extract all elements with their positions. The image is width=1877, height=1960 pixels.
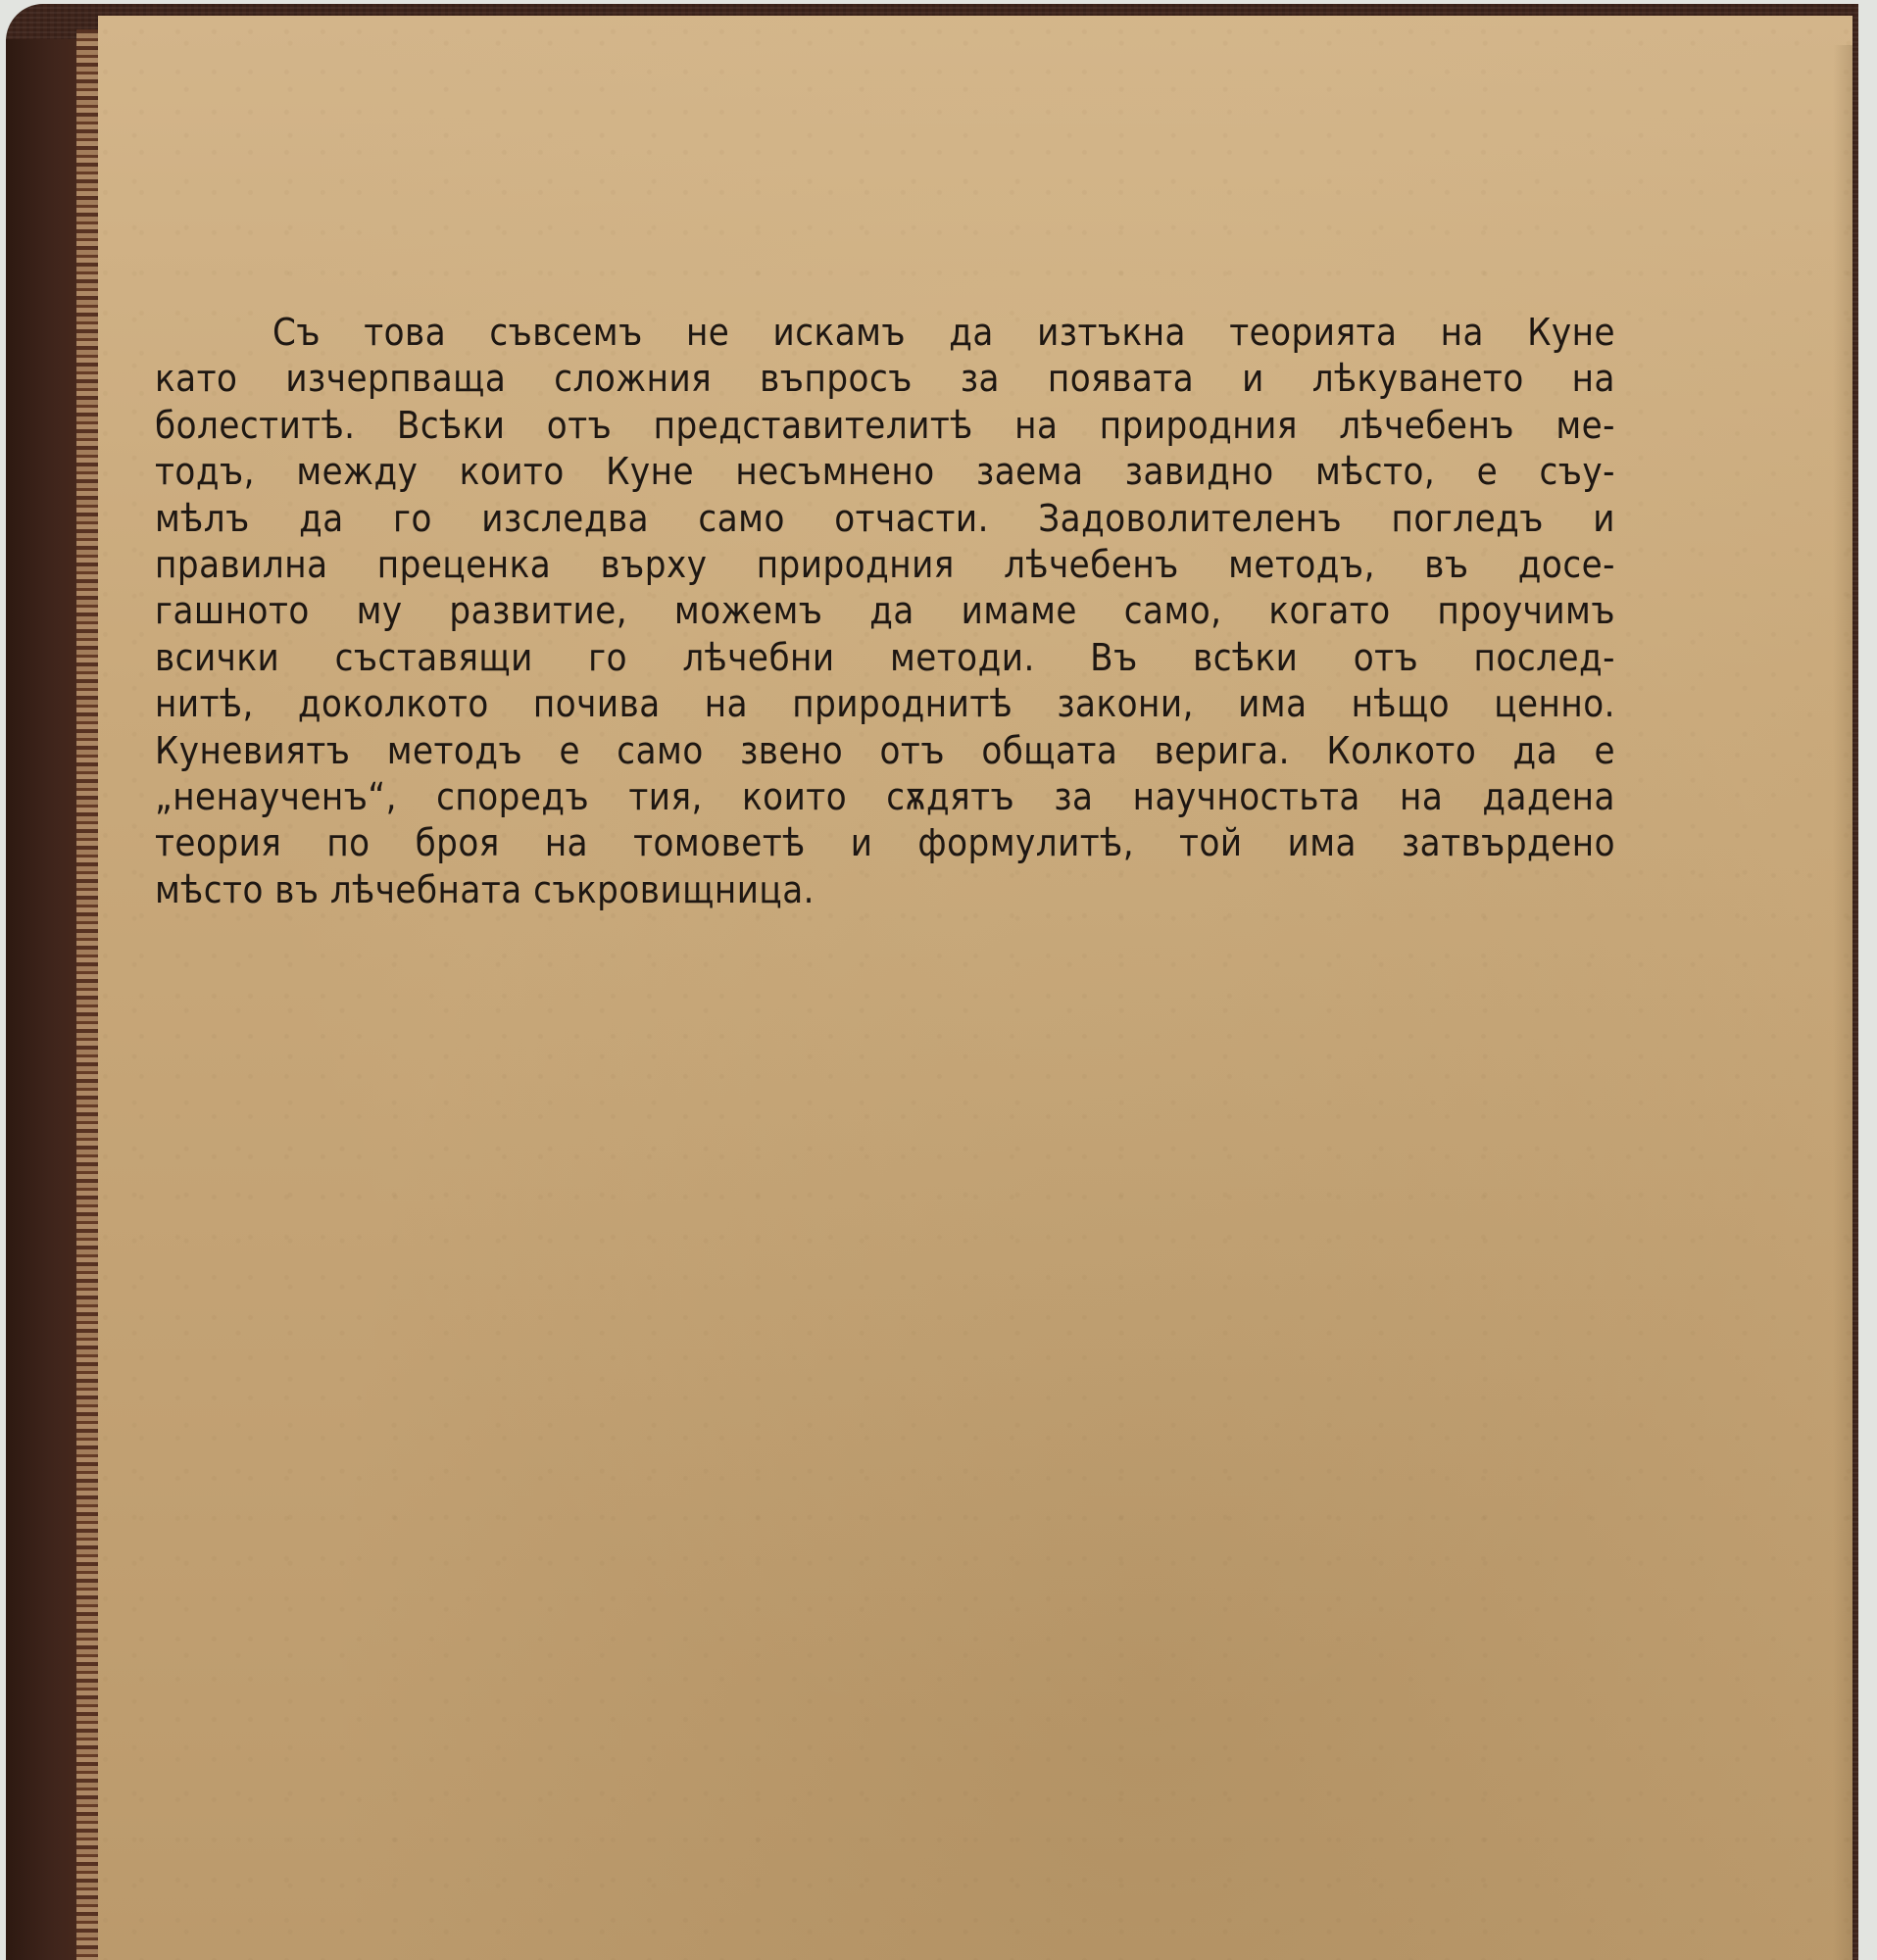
text-line: болеститѣ. Всѣки отъ представителитѣ на … xyxy=(155,403,1615,449)
book-page xyxy=(98,16,1852,1960)
text-line: гашното му развитие, можемъ да имаме сам… xyxy=(155,588,1615,634)
text-line: Куневиятъ методъ е само звено отъ общата… xyxy=(155,728,1615,774)
text-line: като изчерпваща сложния въпросъ за поява… xyxy=(155,356,1615,402)
text-line: „ненаученъ“, споредъ тия, които сѫдятъ з… xyxy=(155,774,1615,820)
photo-scene: Съ това съвсемъ не искамъ да изтъкна тео… xyxy=(0,0,1877,1960)
text-line-last: мѣсто въ лѣчебната съкровищница. xyxy=(155,867,1615,913)
text-line: правилна преценка върху природния лѣчебе… xyxy=(155,542,1615,588)
text-line: Съ това съвсемъ не искамъ да изтъкна тео… xyxy=(155,310,1615,356)
text-line: теория по броя на томоветѣ и формулитѣ, … xyxy=(155,820,1615,866)
body-paragraph: Съ това съвсемъ не искамъ да изтъкна тео… xyxy=(155,310,1615,913)
text-line: тодъ, между които Куне несъмнено заема з… xyxy=(155,449,1615,495)
text-line: всички съставящи го лѣчебни методи. Въ в… xyxy=(155,635,1615,681)
text-line: нитѣ, доколкото почива на природнитѣ зак… xyxy=(155,681,1615,727)
page-edge-shadow xyxy=(1833,45,1852,1960)
text-line: мѣлъ да го изследва само отчасти. Задово… xyxy=(155,496,1615,542)
